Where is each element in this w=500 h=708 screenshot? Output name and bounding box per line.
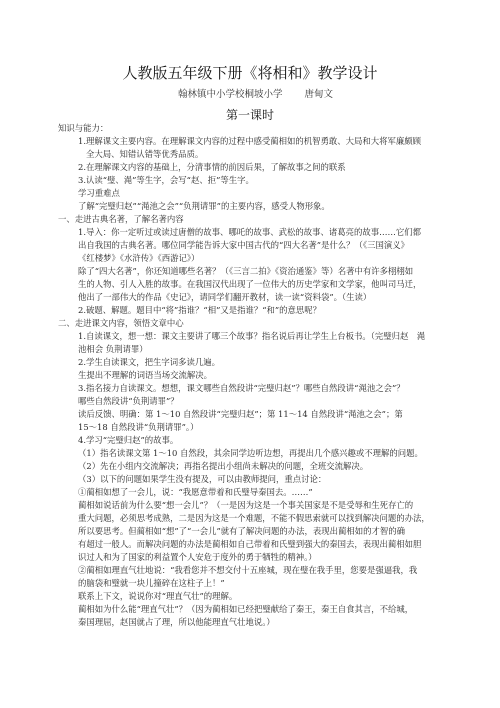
- text-line: 哪些自然段讲“负荆请罪”？: [78, 395, 179, 407]
- text-line: 1.理解课文主要内容。在理解课文内容的过程中感受蔺相如的机智勇敢、大局和大将军廉…: [78, 135, 421, 147]
- document-page: 人教版五年级下册《将相和》教学设计 翰林镇中小学校桐坡小学唐甸文 第一课时 知识…: [0, 0, 500, 708]
- text-line: 2.破题、解题。题目中“将”指谁？“相”又是指谁？“和”的意思呢？: [78, 304, 321, 316]
- text-line: 生提出不理解的词语当场交流解决。: [78, 369, 212, 381]
- text-line: 所以要思考。但蔺相如“想”了“一会儿”就有了解决问题的办法，表现出蔺相如的才智的…: [78, 525, 405, 537]
- text-line: ②蔺相如理直气壮地说：“我看您并不想交付十五座城，现在璧在我手里，您要是强逼我，…: [78, 564, 417, 576]
- author-name: 唐甸文: [305, 89, 334, 100]
- text-line: 蔺相如为什么能“理直气壮”？（因为蔺相如已经把璧献给了秦王，秦王自食其言，不给城…: [78, 603, 413, 615]
- text-line: 2.在理解课文内容的基础上，分清事情的前因后果，了解故事之间的联系: [78, 161, 346, 173]
- text-line: 有超过一般人。而解决问题的办法是蔺相如自己带着和氏璧到强大的秦国去，表现出蔺相如…: [78, 538, 421, 550]
- text-line: 15～18 自然段讲“负荆请罪”。）: [78, 421, 198, 433]
- text-line: 1.导入：你一定听过或读过唐僧的故事、哪吒的故事、武松的故事、诸葛亮的故事……它…: [78, 226, 421, 238]
- text-line: 重大问题，必须思考成熟，二是因为这是一个难题，不能不假思索就可以找到解决问题的办…: [78, 512, 430, 524]
- text-line: （1）指名读课文第 1～10 自然段，其余同学边听边想，再提出几个感兴趣或不理解…: [78, 447, 423, 459]
- text-line: 除了“四大名著”，你还知道哪些名著？（《三言二拍》《资治通鉴》等）名著中有许多栩…: [78, 265, 413, 277]
- text-line: 识过人和为了国家的利益置个人安危于度外的勇于牺牲的精神。）: [78, 551, 317, 563]
- text-line: ①蔺相如想了一会儿，说：“我愿意带着和氏璧导秦国去。……”: [78, 486, 313, 498]
- text-line: 出自我国的古典名著。哪位同学能告诉大家中国古代的“四大名著”是什么？（《三国演义…: [78, 239, 409, 251]
- text-line: 的脑袋和璧就一块儿撞碎在这柱子上！”: [78, 577, 225, 589]
- text-line: （2）先在小组内交流解决；再指名提出小组尚未解决的问题，全班交流解决。: [78, 460, 368, 472]
- lesson-heading: 第一课时: [0, 107, 500, 123]
- text-line: 2.学生自读课文，把生字词多读几遍。: [78, 356, 220, 368]
- text-line: 全大局、知错认错等优秀品质。: [86, 148, 203, 160]
- text-line: 蔺相如说话前为什么要“想一会儿”？（一是因为这是一个事关国家是不是受辱和生死存亡…: [78, 499, 413, 511]
- text-line: 4.学习“完璧归赵”的故事。: [78, 434, 178, 446]
- text-line: 知识与能力：: [58, 122, 108, 134]
- document-title: 人教版五年级下册《将相和》教学设计: [0, 63, 500, 83]
- text-line: 池相会 负荆请罪）: [78, 343, 148, 355]
- text-line: 学习重难点: [78, 187, 120, 199]
- text-line: 二、走进课文内容，领悟文章中心: [58, 317, 184, 329]
- author-line: 翰林镇中小学校桐坡小学唐甸文: [178, 88, 333, 102]
- text-line: 《红楼梦》《水浒传》《西游记》）: [78, 252, 199, 264]
- text-line: 生的人物、引人入胜的故事。在我国汉代出现了一位伟大的历史学家和文学家，他叫司马迁…: [78, 278, 421, 290]
- text-line: 1.自读课文，想一想：课文主要讲了哪三个故事？指名说后再让学生上台板书。（完璧归…: [78, 330, 425, 342]
- text-line: 一、走进古典名著，了解名著内容: [58, 213, 184, 225]
- text-line: 他出了一部伟大的作品《史记》，请同学们翻开教材，读一读“资料袋”。（生读）: [78, 291, 371, 303]
- text-line: （3）以下的问题如果学生没有提及，可以由教师提问，重点讨论：: [78, 473, 326, 485]
- text-line: 秦国理屈，赵国就占了理，所以他能理直气壮地说。）: [78, 616, 275, 628]
- text-line: 了解“完璧归赵”“渑池之会”“负荆请罪”的主要内容，感受人物形象。: [78, 200, 330, 212]
- text-line: 3.认读“璧、渑”等生字，会写“赵、拒”等生字。: [78, 174, 254, 186]
- author-school: 翰林镇中小学校桐坡小学: [178, 89, 283, 100]
- text-line: 读后反馈、明确：第 1～10 自然段讲“完璧归赵”；第 11～14 自然段讲“渑…: [78, 408, 403, 420]
- text-line: 联系上下文，说说你对“理直气壮”的理解。: [78, 590, 237, 602]
- text-line: 3.指名接力自读课文。想想，课文哪些自然段讲“完璧归赵”？哪些自然段讲“渑池之会…: [78, 382, 405, 394]
